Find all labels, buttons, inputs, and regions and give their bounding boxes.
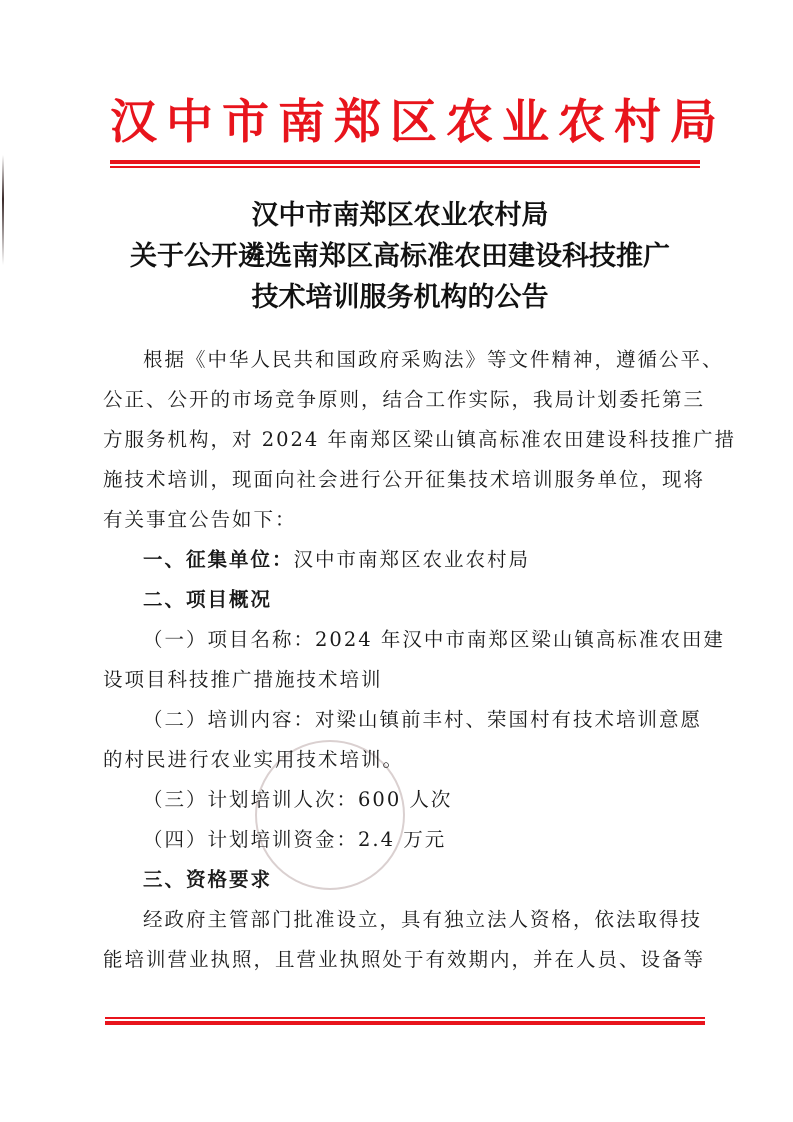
document-body: 根据《中华人民共和国政府采购法》等文件精神，遵循公平、 公正、公开的市场竞争原则… [103, 340, 703, 980]
section-3-line: 经政府主管部门批准设立，具有独立法人资格，依法取得技 [103, 900, 703, 940]
item-value: 2024 年汉中市南郑区梁山镇高标准农田建 [315, 628, 725, 651]
intro-line: 根据《中华人民共和国政府采购法》等文件精神，遵循公平、 [103, 340, 703, 380]
divider-thick-line [105, 1021, 705, 1025]
item-label: （四）计划培训资金： [143, 828, 358, 851]
intro-line: 施技术培训，现面向社会进行公开征集技术培训服务单位，现将 [103, 460, 703, 500]
item-label: （一）项目名称： [143, 628, 315, 651]
item-label: （三）计划培训人次： [143, 788, 358, 811]
masthead-divider [110, 160, 700, 169]
document-title: 汉中市南郑区农业农村局 关于公开遴选南郑区高标准农田建设科技推广 技术培训服务机… [95, 195, 705, 318]
divider-thick-line [110, 160, 700, 164]
project-item-2: （二）培训内容：对梁山镇前丰村、荣国村有技术培训意愿 [103, 700, 703, 740]
title-line-2: 关于公开遴选南郑区高标准农田建设科技推广 [95, 236, 705, 277]
title-line-1: 汉中市南郑区农业农村局 [95, 195, 705, 236]
intro-line: 方服务机构，对 2024 年南郑区梁山镇高标准农田建设科技推广措 [103, 420, 703, 460]
section-3-heading: 三、资格要求 [103, 860, 703, 900]
divider-thin-line [105, 1017, 705, 1019]
project-item-1: （一）项目名称：2024 年汉中市南郑区梁山镇高标准农田建 [103, 620, 703, 660]
section-2-heading: 二、项目概况 [103, 580, 703, 620]
footer-divider [105, 1017, 705, 1027]
section-1: 一、征集单位：汉中市南郑区农业农村局 [103, 540, 703, 580]
section-1-heading: 一、征集单位： [143, 548, 294, 571]
project-item-1-cont: 设项目科技推广措施技术培训 [103, 660, 703, 700]
project-item-2-cont: 的村民进行农业实用技术培训。 [103, 740, 703, 780]
masthead: 汉中市南郑区农业农村局 [110, 93, 695, 153]
section-1-value: 汉中市南郑区农业农村局 [294, 548, 531, 571]
intro-line: 有关事宜公告如下： [103, 500, 703, 540]
intro-line: 公正、公开的市场竞争原则，结合工作实际，我局计划委托第三 [103, 380, 703, 420]
item-value: 2.4 万元 [358, 828, 446, 851]
project-item-4: （四）计划培训资金：2.4 万元 [103, 820, 703, 860]
section-3-line: 能培训营业执照，且营业执照处于有效期内，并在人员、设备等 [103, 940, 703, 980]
project-item-3: （三）计划培训人次：600 人次 [103, 780, 703, 820]
title-line-3: 技术培训服务机构的公告 [95, 277, 705, 318]
item-value: 600 人次 [358, 788, 452, 811]
item-value: 对梁山镇前丰村、荣国村有技术培训意愿 [315, 708, 702, 731]
item-label: （二）培训内容： [143, 708, 315, 731]
scan-edge-mark [2, 155, 4, 265]
divider-thin-line [110, 166, 700, 168]
